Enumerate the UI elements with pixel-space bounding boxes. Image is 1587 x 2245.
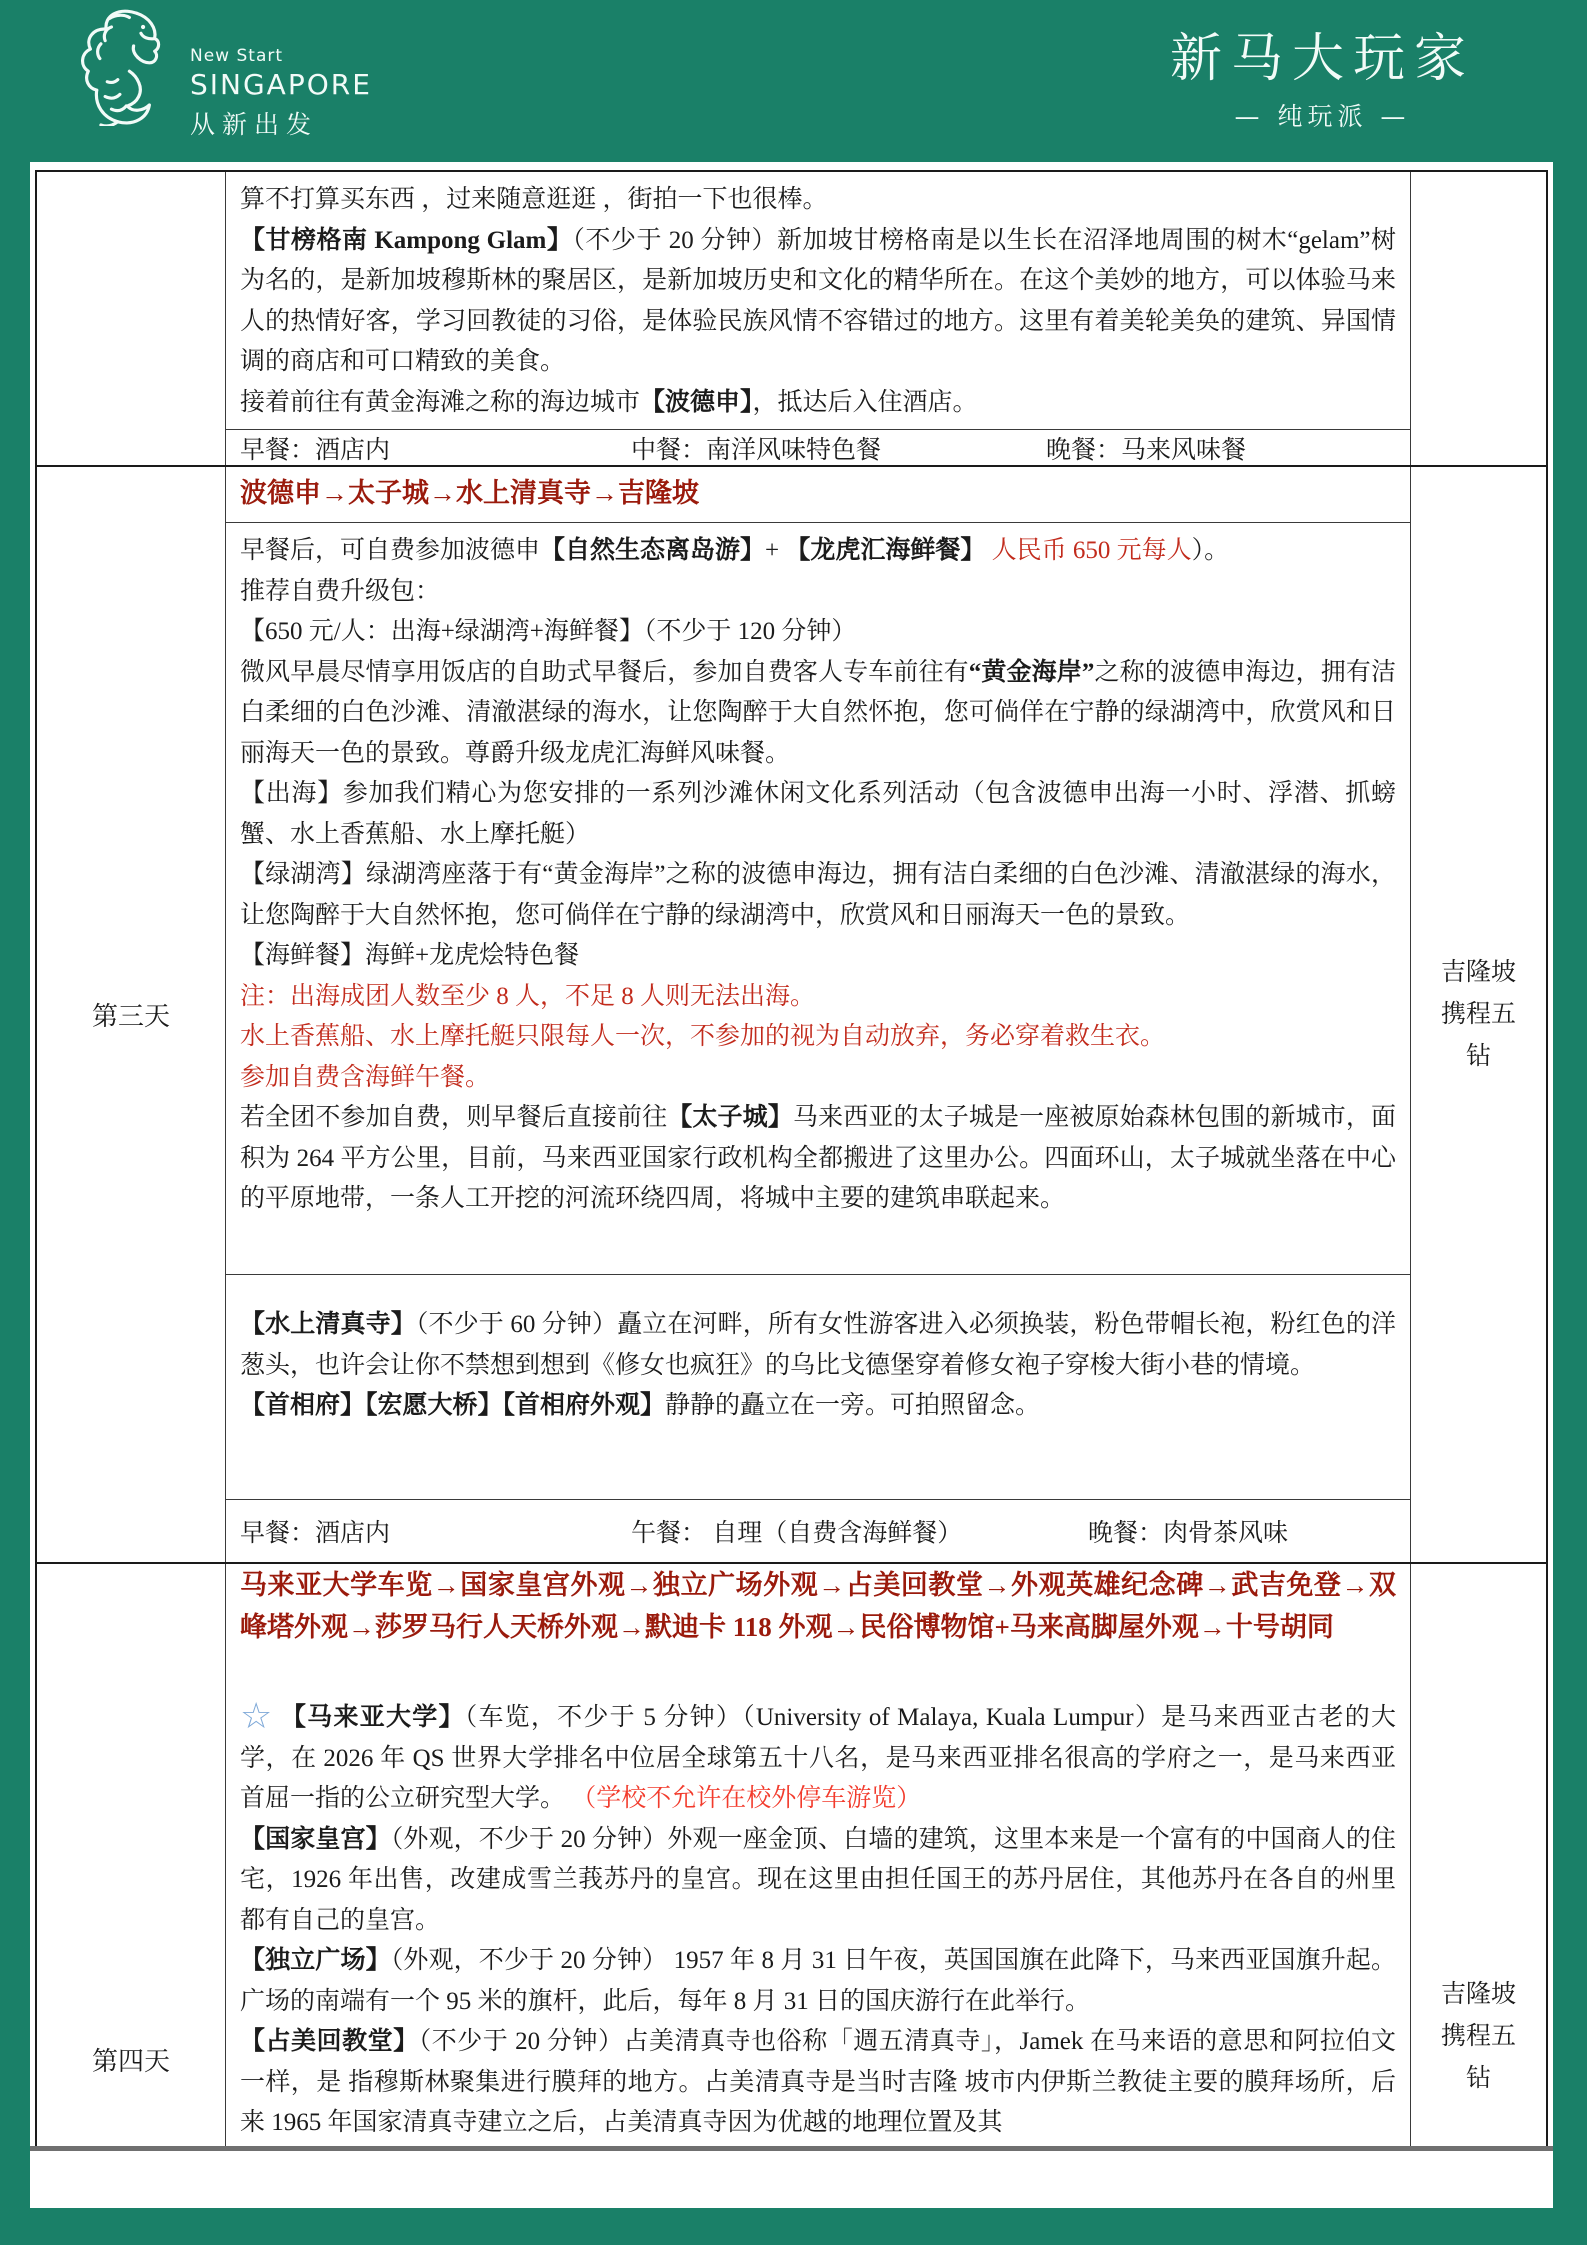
logo-line-new-start: New Start [190,46,372,66]
day3-dinner: 晚餐：肉骨茶风味 [1088,1513,1288,1549]
day4-label: 第四天 [92,2041,170,2078]
day3-hotel: 吉隆坡携程五钻 [1439,952,1519,1078]
merlion-icon [70,8,174,131]
itinerary-table: 算不打算买东西 ，过来随意逛逛 ，街拍一下也很棒。【甘榜格南 Kampong G… [35,170,1548,2150]
day4-hotel-cell: 吉隆坡携程五钻 [1411,1564,1546,2150]
brand-title: 新马大玩家 [1170,16,1475,91]
logo-line-singapore: SINGAPORE [190,68,372,101]
day3-hotel-cell: 吉隆坡携程五钻 [1411,467,1546,1562]
day2-dinner: 晚餐：马来风味餐 [1046,430,1246,466]
day2-breakfast: 早餐：酒店内 [240,430,390,466]
day3-meals-row: 早餐：酒店内 午餐： 自理（自费含海鲜餐） 晚餐：肉骨茶风味 [226,1500,1410,1562]
day3-description-1: 早餐后，可自费参加波德申【自然生态离岛游】+ 【龙虎汇海鲜餐】 人民币 650 … [226,523,1410,1274]
itinerary-page: New Start SINGAPORE 从新出发 新马大玩家 — 纯玩派 — 算… [0,0,1587,2245]
day2-description: 算不打算买东西 ，过来随意逛逛 ，街拍一下也很棒。【甘榜格南 Kampong G… [226,172,1410,429]
day4-description: ☆ 【马来亚大学】（车览，不少于 5 分钟）（University of Mal… [226,1690,1410,2150]
day3-label: 第三天 [92,996,170,1033]
day2-meals-row: 早餐：酒店内 中餐：南洋风味特色餐 晚餐：马来风味餐 [226,430,1410,465]
day3-label-cell: 第三天 [37,467,225,1562]
day3-description-2: 【水上清真寺】（不少于 60 分钟）矗立在河畔，所有女性游客进入必须换装，粉色带… [226,1275,1410,1499]
day4-label-cell: 第四天 [37,1564,225,2150]
day3-route-title: 波德申→太子城→水上清真寺→吉隆坡 [226,467,1410,522]
logo-line-chinese: 从新出发 [190,105,372,141]
day3-breakfast: 早餐：酒店内 [240,1513,390,1549]
table-cut-line [30,2146,1553,2151]
day2-lunch: 中餐：南洋风味特色餐 [631,430,881,466]
day4-route-title: 马来亚大学车览→国家皇宫外观→独立广场外观→占美回教堂→外观英雄纪念碑→武吉免登… [226,1564,1410,1690]
brand-subtitle: — 纯玩派 — [1170,97,1475,133]
day3-lunch: 午餐： 自理（自费含海鲜餐） [631,1513,962,1549]
brand-block: 新马大玩家 — 纯玩派 — [1170,16,1475,133]
agency-logo: New Start SINGAPORE 从新出发 [70,8,372,141]
day4-hotel: 吉隆坡携程五钻 [1439,1974,1519,2100]
